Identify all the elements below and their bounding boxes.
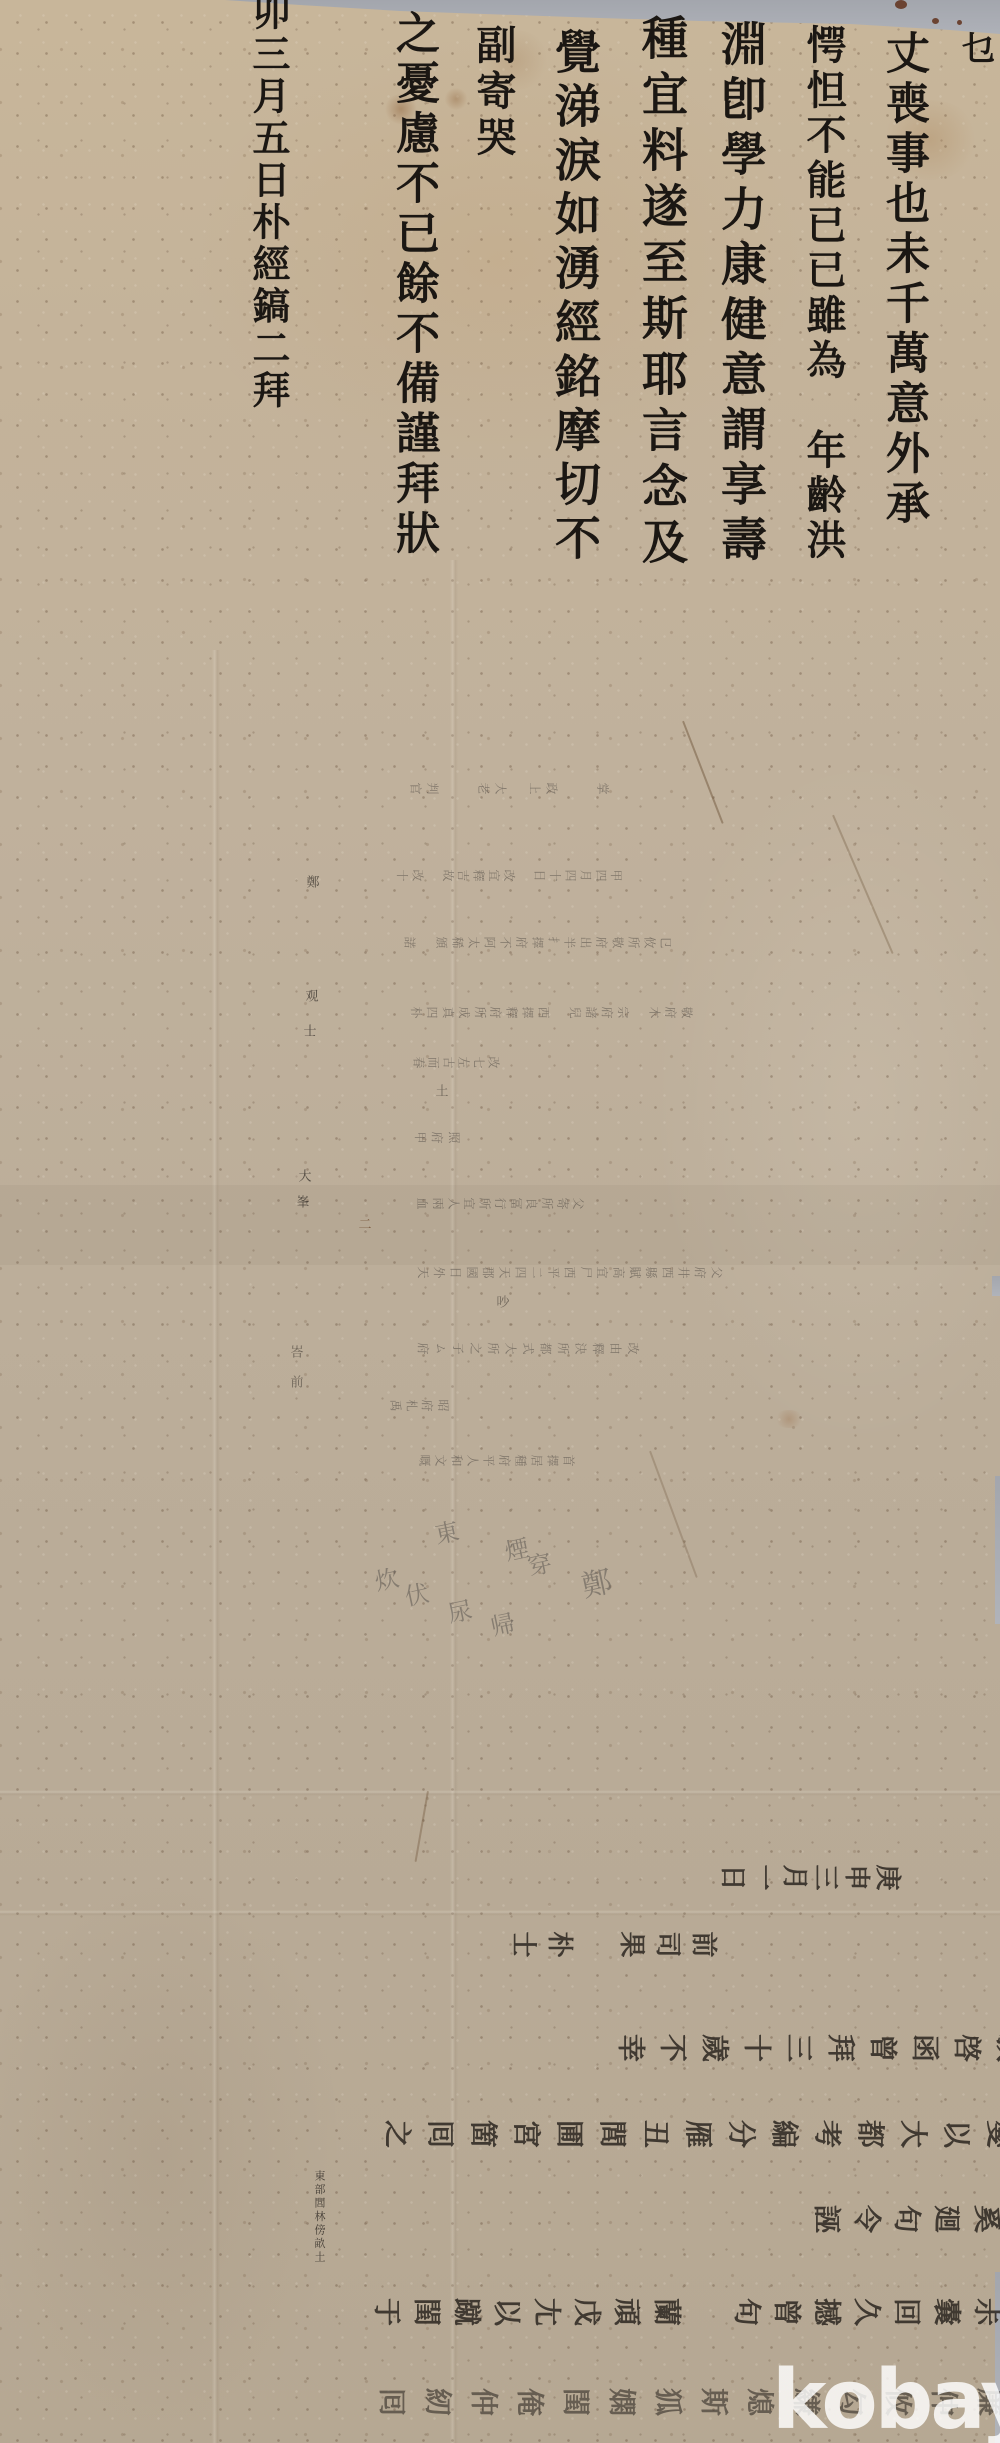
signature-mark: 尿: [446, 1598, 474, 1626]
bleed-through-line: 改由釋決所都式大所之子ム府: [412, 1342, 640, 1354]
bleed-through-line: 敬府木 宗府諸兒 西擇釋府所成真四朴: [407, 1006, 693, 1018]
bleed-through-line: 昭府札禹: [387, 1399, 450, 1411]
wall-sliver-right-2: [995, 1476, 1000, 1624]
margin-mark: 士: [303, 1026, 316, 1039]
letter-column-8: 之憂慮不已餘不備謹拜狀: [391, 10, 435, 560]
letter-column-4: 淵卽學力康健意謂享壽: [718, 20, 764, 570]
signature-mark: 炊: [373, 1566, 401, 1594]
bleed-through-line: 掌 政上 大老 判官: [405, 782, 609, 794]
letter-column-1: 乜: [958, 30, 992, 64]
bleed-through-line: 首擇居種府平人和文嘅: [415, 1454, 575, 1466]
letter-column-6: 覺涕淚如湧經銘摩切不: [552, 28, 598, 568]
signer-name: 朴經鎬: [246, 202, 291, 328]
rotated-line: 叙啓函曾拜三十歲不幸: [604, 2032, 1000, 2060]
closing-salutation: 二拜: [246, 328, 291, 412]
rotated-line: 燮以大都考編分雁丑閭圃宮箇囘之: [370, 2118, 1000, 2146]
fold-line-vertical: [450, 560, 458, 2443]
margin-mark: 观: [305, 991, 318, 1004]
rotated-line-date: 庚申三月一日: [716, 1862, 902, 1888]
rust-spot: [932, 18, 939, 24]
small-stamp-text: 東部閭林傍畝土: [314, 2170, 325, 2265]
letter-column-5: 種宜料遂至斯耶言念及: [639, 14, 685, 574]
letter-date: 卯三月五日: [246, 0, 291, 202]
stain: [444, 88, 468, 110]
rotated-line: 奚廻句令誣: [802, 2203, 1000, 2231]
signature-mark: 東: [433, 1519, 461, 1547]
stain: [774, 1410, 804, 1428]
signature-mark: 帰: [489, 1611, 517, 1639]
signature-mark: 鄭: [579, 1567, 615, 1603]
fold-line-vertical: [212, 650, 220, 2443]
letter-column-3: 愕怛不能已已雖為 年齡洪: [803, 24, 843, 564]
margin-mark: 二: [358, 1219, 371, 1232]
bleed-through-line: 照府甲: [410, 1131, 461, 1143]
letter-column-2: 丈喪事也未千萬意外承: [881, 30, 925, 530]
rotated-line: 尗嚢回久撼曾句 蘭頑戊尢以蹴閨于: [362, 2296, 1000, 2324]
fold-line-horizontal: [0, 1910, 1000, 1916]
rotated-line-name: 前司果 朴士: [502, 1929, 718, 1955]
letter-date-signature-column: 卯三月五日朴經鎬二拜: [249, 0, 287, 412]
margin-mark: 峇: [290, 1347, 303, 1360]
margin-mark: 大: [298, 1171, 311, 1184]
signature-mark: 伏: [403, 1581, 431, 1609]
wall-sliver-right-1: [992, 1276, 1000, 1296]
bleed-through-line: 父府井西縣賦高宜尸西平二四天郡國日外天: [413, 1266, 723, 1278]
letter-column-7: 副寄哭: [473, 24, 513, 162]
rust-spot: [895, 0, 907, 9]
watermark-logo: kobay: [772, 2360, 1000, 2442]
fold-line-horizontal: [0, 1790, 1000, 1796]
margin-mark: 前: [290, 1377, 303, 1390]
signature-mark: 穿: [526, 1551, 554, 1579]
margin-mark: 吵: [496, 1297, 509, 1310]
margin-mark: 峯: [296, 1197, 309, 1210]
bleed-through-line: 父寄所良冨行所宜人兩血: [413, 1197, 585, 1209]
rust-spot: [957, 20, 962, 25]
bleed-through-line: 㔾攸所敬府出半扌擇府不阿太稀頒 諾: [400, 936, 672, 948]
margin-mark: 土: [435, 1086, 448, 1099]
margin-mark: 鄭: [306, 877, 319, 890]
bleed-through-line: 改七左古而春: [410, 1056, 500, 1068]
bleed-through-line: 甲四月四十日 改宜釋吉故 改十: [393, 869, 623, 881]
